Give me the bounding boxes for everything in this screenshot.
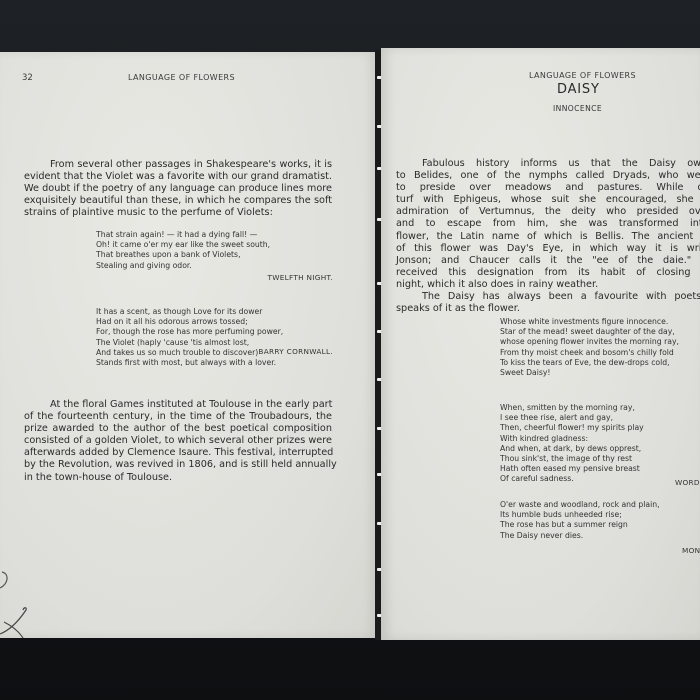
- section-title: DAISY: [557, 82, 600, 97]
- text-line: afterwards added by Clemence Isaure. Thi…: [24, 447, 332, 459]
- verse-line: Stealing and giving odor.: [96, 261, 270, 271]
- verse-line: Had on it all his odorous arrows tossed;: [96, 317, 283, 327]
- section-subtitle: INNOCENCE: [553, 104, 602, 113]
- verse-line: The Violet (haply 'cause 'tis almost los…: [96, 338, 283, 348]
- text-line: by the Revolution, was revived in 1806, …: [24, 459, 332, 471]
- verse-daisy-1: Whose white investments figure innocence…: [500, 317, 679, 378]
- verse-line: Sweet Daisy!: [500, 368, 679, 378]
- verse-line: Then, cheerful flower! my spirits play: [500, 423, 644, 433]
- running-head: LANGUAGE OF FLOWERS: [128, 73, 235, 82]
- verse-line: Of careful sadness.: [500, 474, 644, 484]
- text-line: turf with Ephigeus, whose suit she encou…: [396, 194, 700, 206]
- verse-line: That strain again! — it had a dying fall…: [96, 230, 270, 240]
- verse-line: I see thee rise, alert and gay,: [500, 413, 644, 423]
- verse-line: With kindred gladness:: [500, 434, 644, 444]
- text-line: admiration of Vertumnus, the deity who p…: [396, 206, 700, 218]
- verse-line: And takes us so much trouble to discover…: [96, 348, 283, 358]
- verse-twelfth-night: That strain again! — it had a dying fall…: [96, 230, 270, 271]
- verse-line: When, smitten by the morning ray,: [500, 403, 644, 413]
- text-line: strains of plaintive music to the perfum…: [24, 207, 332, 219]
- running-head: LANGUAGE OF FLOWERS: [529, 71, 636, 80]
- verse-line: Oh! it came o'er my ear like the sweet s…: [96, 240, 270, 250]
- text-line: prize awarded to the author of the best …: [24, 423, 332, 435]
- verse-line: Thou sink'st, the image of thy rest: [500, 454, 644, 464]
- text-line: speaks of it as the flower.: [396, 303, 700, 315]
- text-line: From several other passages in Shakespea…: [24, 159, 332, 171]
- text-line: We doubt if the poetry of any language c…: [24, 183, 332, 195]
- verse-line: Stands first with most, but always with …: [96, 358, 283, 368]
- text-line: consisted of a golden Violet, to which s…: [24, 435, 332, 447]
- text-line: of the fourteenth century, in the time o…: [24, 411, 332, 423]
- verse-line: Star of the mead! sweet daughter of the …: [500, 327, 679, 337]
- text-line: evident that the Violet was a favorite w…: [24, 171, 332, 183]
- verse-line: For, though the rose has more perfuming …: [96, 327, 283, 337]
- text-line: exquisitely beautiful than these, in whi…: [24, 195, 332, 207]
- verse-line: That breathes upon a bank of Violets,: [96, 250, 270, 260]
- text-line: Jonson; and Chaucer calls it the "ee of …: [396, 255, 700, 267]
- text-line: flower, the Latin name of which is Belli…: [396, 231, 700, 243]
- verse-line: And when, at dark, by dews opprest,: [500, 444, 644, 454]
- right-page: LANGUAGE OF FLOWERS DAISY INNOCENCE Fabu…: [381, 48, 700, 640]
- text-line: received this designation from its habit…: [396, 267, 700, 279]
- ornament-flourish-icon: [0, 552, 40, 638]
- verse-line: Whose white investments figure innocence…: [500, 317, 679, 327]
- text-line: At the floral Games instituted at Toulou…: [24, 399, 332, 411]
- verse-line: From thy moist cheek and bosom's chilly …: [500, 348, 679, 358]
- attribution-twelfth-night: TWELFTH NIGHT.: [267, 273, 333, 282]
- attribution-wordsworth: WORD: [675, 478, 700, 487]
- text-line: in the town-house of Toulouse.: [24, 472, 332, 484]
- text-line: Fabulous history informs us that the Dai…: [396, 158, 700, 170]
- verse-barry-cornwall: It has a scent, as though Love for its d…: [96, 307, 283, 368]
- paragraph-daisy-history: Fabulous history informs us that the Dai…: [396, 158, 700, 315]
- verse-daisy-2: When, smitten by the morning ray,I see t…: [500, 403, 644, 485]
- paragraph-violet-shakespeare: From several other passages in Shakespea…: [24, 159, 332, 219]
- text-line: and to escape from him, she was transfor…: [396, 218, 700, 230]
- verse-line: To kiss the tears of Eve, the dew-drops …: [500, 358, 679, 368]
- verse-line: O'er waste and woodland, rock and plain,: [500, 500, 660, 510]
- left-page: 32 LANGUAGE OF FLOWERS From several othe…: [0, 52, 377, 638]
- text-line: of this flower was Day's Eye, in which w…: [396, 243, 700, 255]
- attribution-barry-cornwall: BARRY CORNWALL.: [258, 347, 333, 356]
- verse-line: Hath often eased my pensive breast: [500, 464, 644, 474]
- verse-daisy-3: O'er waste and woodland, rock and plain,…: [500, 500, 660, 541]
- text-line: The Daisy has always been a favourite wi…: [396, 291, 700, 303]
- verse-line: The rose has but a summer reign: [500, 520, 660, 530]
- verse-line: It has a scent, as though Love for its d…: [96, 307, 283, 317]
- text-line: to preside over meadows and pastures. Wh…: [396, 182, 700, 194]
- paragraph-floral-games: At the floral Games instituted at Toulou…: [24, 399, 332, 484]
- text-line: night, which it also does in rainy weath…: [396, 279, 700, 291]
- text-line: to Belides, one of the nymphs called Dry…: [396, 170, 700, 182]
- attribution-montgomery: MON: [682, 546, 700, 555]
- page-number: 32: [22, 73, 33, 83]
- verse-line: whose opening flower invites the morning…: [500, 337, 679, 347]
- verse-line: Its humble buds unheeded rise;: [500, 510, 660, 520]
- verse-line: The Daisy never dies.: [500, 531, 660, 541]
